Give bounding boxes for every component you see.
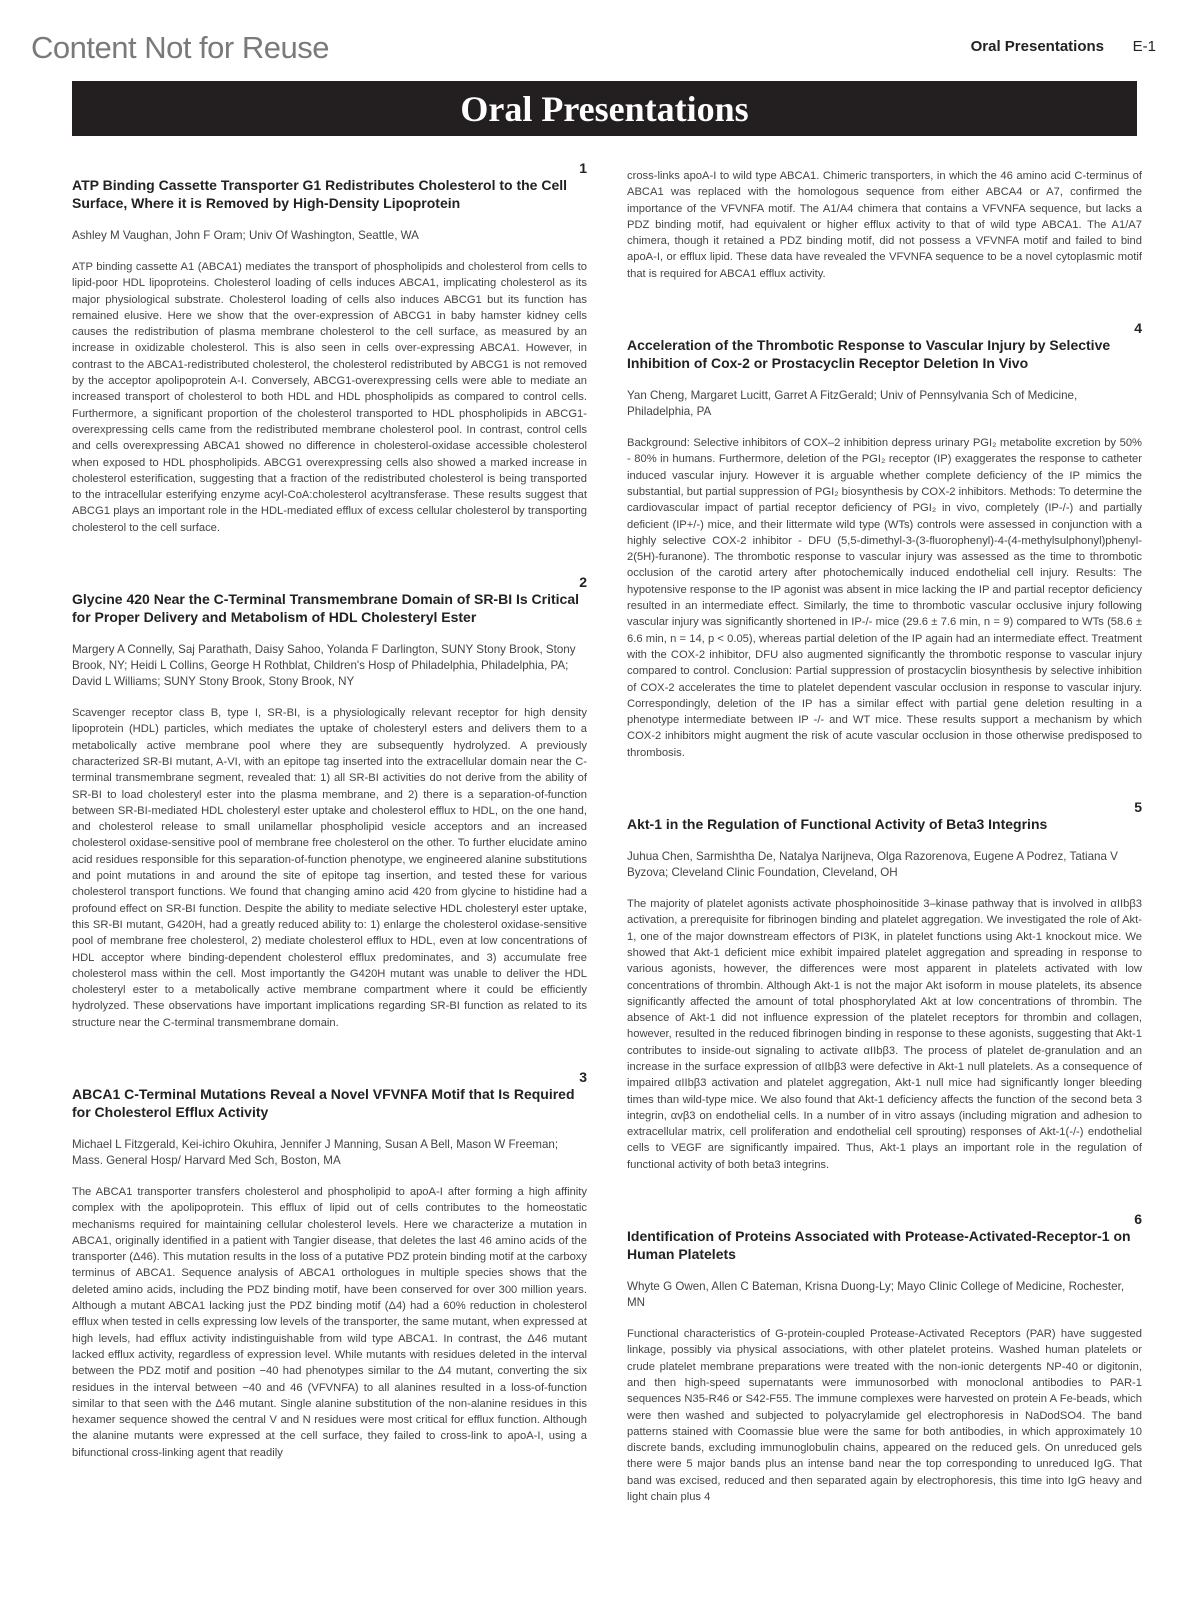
abstract-number: 1: [72, 160, 587, 174]
abstract-5: 5 Akt-1 in the Regulation of Functional …: [627, 799, 1142, 1173]
abstract-title: Akt-1 in the Regulation of Functional Ac…: [627, 815, 1142, 833]
right-column: cross-links apoA-I to wild type ABCA1. C…: [627, 168, 1142, 1505]
section-title: Oral Presentations: [460, 88, 748, 130]
abstract-title: Acceleration of the Thrombotic Response …: [627, 336, 1142, 372]
abstract-authors: Whyte G Owen, Allen C Bateman, Krisna Du…: [627, 1279, 1142, 1311]
abstract-body: Functional characteristics of G-protein-…: [627, 1326, 1142, 1505]
abstract-number: 4: [627, 320, 1142, 334]
abstract-body: ATP binding cassette A1 (ABCA1) mediates…: [72, 259, 587, 536]
abstract-body: Scavenger receptor class B, type I, SR-B…: [72, 705, 587, 1031]
abstract-body: The ABCA1 transporter transfers choleste…: [72, 1184, 587, 1461]
abstract-title: ABCA1 C-Terminal Mutations Reveal a Nove…: [72, 1085, 587, 1121]
abstract-title: Identification of Proteins Associated wi…: [627, 1227, 1142, 1263]
abstract-3: 3 ABCA1 C-Terminal Mutations Reveal a No…: [72, 1069, 587, 1461]
abstract-2: 2 Glycine 420 Near the C-Terminal Transm…: [72, 574, 587, 1031]
abstract-number: 3: [72, 1069, 587, 1083]
abstract-authors: Juhua Chen, Sarmishtha De, Natalya Narij…: [627, 849, 1142, 881]
abstract-1: 1 ATP Binding Cassette Transporter G1 Re…: [72, 160, 587, 536]
abstract-authors: Margery A Connelly, Saj Parathath, Daisy…: [72, 642, 587, 690]
watermark: Content Not for Reuse: [31, 30, 329, 66]
running-head: Oral Presentations: [971, 38, 1104, 55]
abstract-4: 4 Acceleration of the Thrombotic Respons…: [627, 320, 1142, 761]
page-number: E-1: [1133, 38, 1156, 55]
abstract-number: 5: [627, 799, 1142, 813]
abstract-authors: Michael L Fitzgerald, Kei-ichiro Okuhira…: [72, 1137, 587, 1169]
abstract-number: 2: [72, 574, 587, 588]
abstract-number: 6: [627, 1211, 1142, 1225]
abstract-title: Glycine 420 Near the C-Terminal Transmem…: [72, 590, 587, 626]
left-column: 1 ATP Binding Cassette Transporter G1 Re…: [72, 160, 587, 1461]
abstract-title: ATP Binding Cassette Transporter G1 Redi…: [72, 176, 587, 212]
abstract-3-continued: cross-links apoA-I to wild type ABCA1. C…: [627, 168, 1142, 282]
abstract-authors: Ashley M Vaughan, John F Oram; Univ Of W…: [72, 228, 587, 244]
abstract-authors: Yan Cheng, Margaret Lucitt, Garret A Fit…: [627, 388, 1142, 420]
abstract-body: Background: Selective inhibitors of COX–…: [627, 435, 1142, 761]
abstract-6: 6 Identification of Proteins Associated …: [627, 1211, 1142, 1505]
section-banner: Oral Presentations: [72, 81, 1137, 136]
abstract-body: The majority of platelet agonists activa…: [627, 896, 1142, 1173]
